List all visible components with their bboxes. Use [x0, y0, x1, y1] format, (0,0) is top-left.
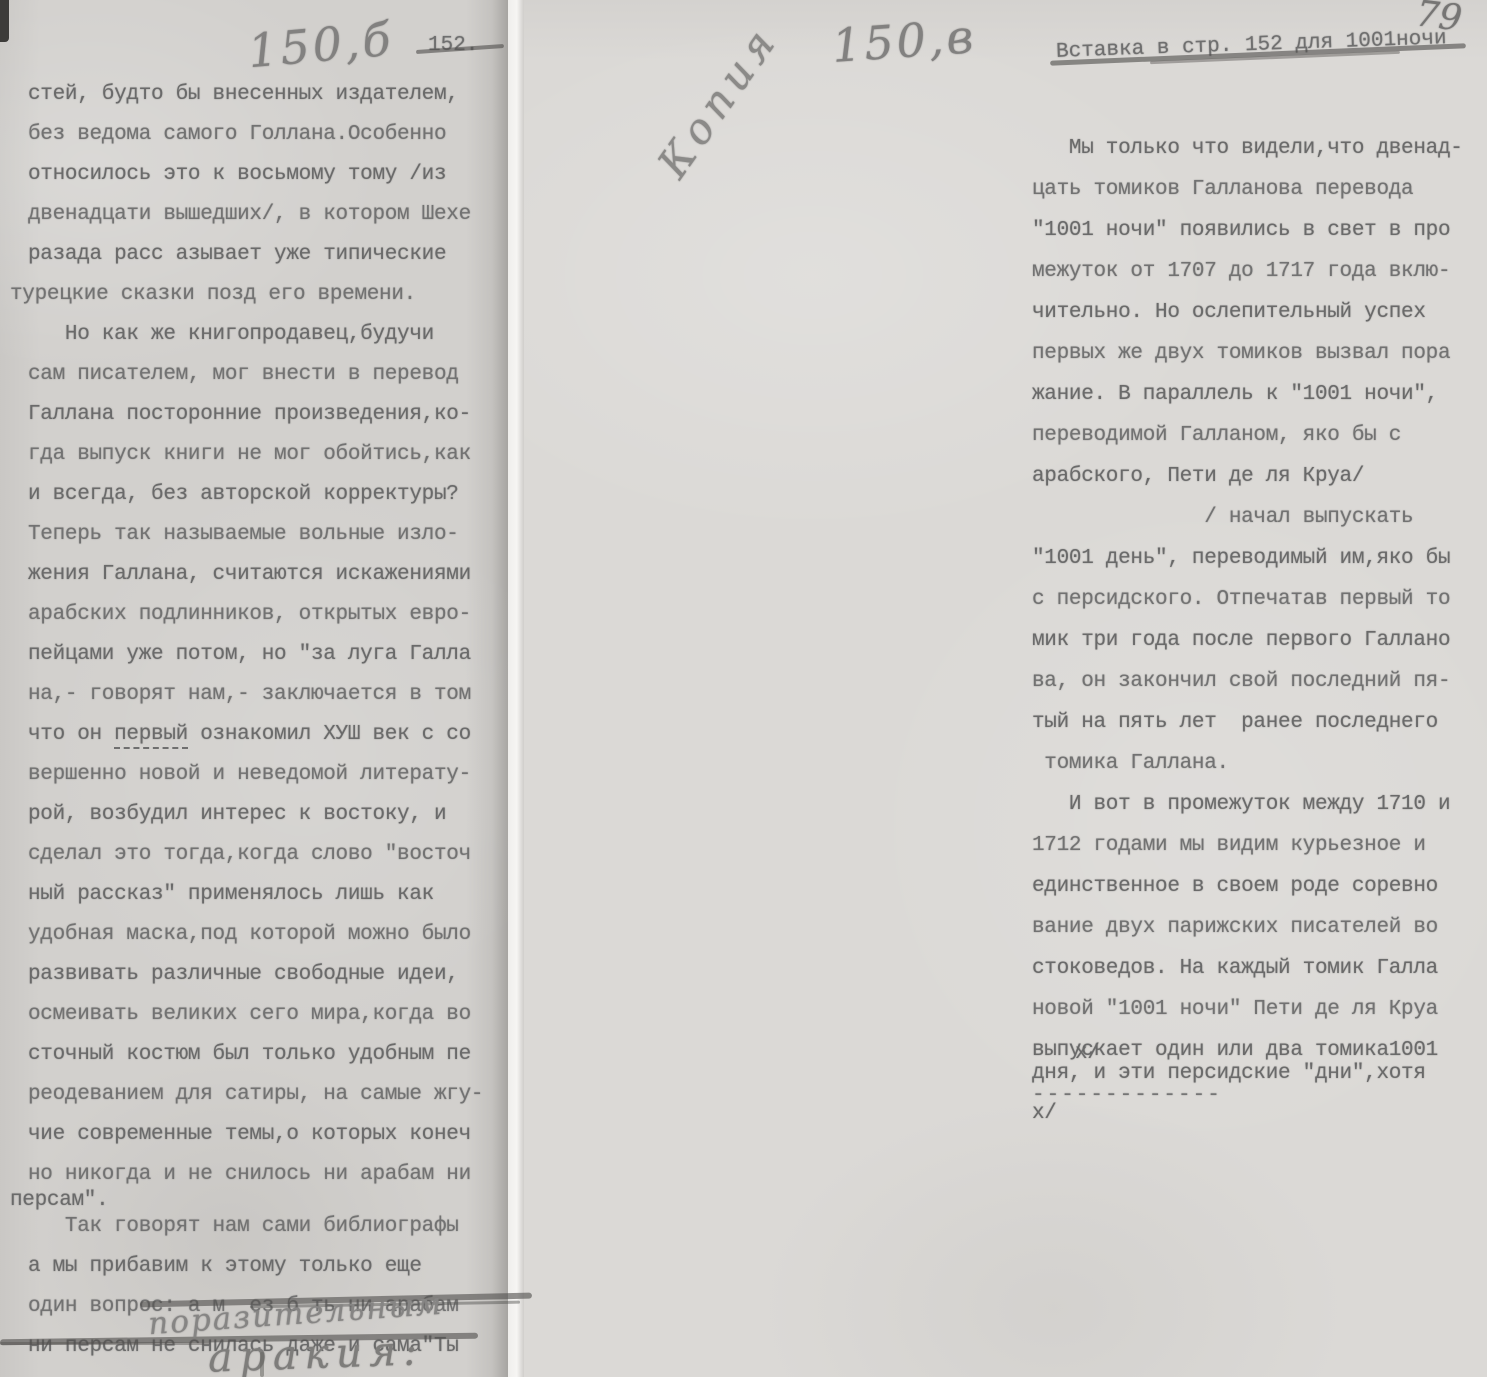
typed-line: турецкие сказки позд его времени. [10, 275, 498, 315]
handwritten-bottom-word: аракия: [207, 1326, 425, 1377]
typed-line: стей, будто бы внесенных издателем, [28, 75, 498, 115]
strikethrough-line [0, 1342, 210, 1345]
typed-line: вание двух парижских писателей во [1032, 907, 1472, 948]
typed-line-with-underline: что он первый ознакомил ХУШ век с со [28, 715, 498, 755]
typed-line: арабского, Пети де ля Круа/ [1032, 456, 1472, 497]
typed-text: что он [28, 723, 114, 746]
typed-line: на,- говорят нам,- заключается в том [28, 675, 498, 715]
underlined-word: первый [114, 723, 188, 749]
typed-line: сточный костюм был только удобным пе [28, 1035, 498, 1075]
typed-line: жание. В параллель к "1001 ночи", [1032, 374, 1472, 415]
scan-edge-mark [0, 0, 9, 42]
typed-line: с персидского. Отпечатав первый то [1032, 579, 1472, 620]
typed-line: а мы прибавим к этому только еще [28, 1247, 498, 1287]
typed-line: сам писателем, мог внести в перевод [28, 355, 498, 395]
typed-line: "1001 ночи" появились в свет в про [1032, 210, 1472, 251]
typed-line: Но как же книгопродавец,будучи [28, 315, 498, 355]
typed-line: мик три года после первого Галлано [1032, 620, 1472, 661]
typed-line: единственное в своем роде соревно [1032, 866, 1472, 907]
typed-line: и всегда, без авторской корректуры? [28, 475, 498, 515]
typed-line: межуток от 1707 до 1717 года вклю- [1032, 251, 1472, 292]
typed-line: Так говорят нам сами библиографы [28, 1207, 498, 1247]
typed-line: пейцами уже потом, но "за луга Галла [28, 635, 498, 675]
typed-line: рой, возбудил интерес к востоку, и [28, 795, 498, 835]
typed-line: жения Галлана, считаются искажениями [28, 555, 498, 595]
scanned-document: 150,б 152. Копия 150,в Вставка в стр. 15… [0, 0, 1487, 1377]
typed-line: гда выпуск книги не мог обойтись,как [28, 435, 498, 475]
typed-line: реодеванием для сатиры, на самые жгу- [28, 1075, 498, 1115]
page-divider [508, 0, 524, 1377]
typed-line: чие современные темы,о которых конеч [28, 1115, 498, 1155]
typed-line: сделал это тогда,когда слово "восточ [28, 835, 498, 875]
typed-line: удобная маска,под которой можно было [28, 915, 498, 955]
typed-line: Теперь так называемые вольные изло- [28, 515, 498, 555]
typed-line: вершенно новой и неведомой литерату- [28, 755, 498, 795]
typed-line: осмеивать великих сего мира,когда во [28, 995, 498, 1035]
typed-line: цать томиков Галланова перевода [1032, 169, 1472, 210]
right-page-text-column: Мы только что видели,что двенад- цать то… [1032, 128, 1472, 1071]
pencil-stroke-mark [260, 1352, 264, 1377]
typed-line: разада расс азывает уже типические [28, 235, 498, 275]
typed-line: чительно. Но ослепительный успех [1032, 292, 1472, 333]
handwritten-page-number: 79 [1414, 0, 1464, 40]
typed-line: дня, и эти персидские "дни",хотя [1032, 1062, 1426, 1086]
typed-line: томика Галлана. [1032, 743, 1472, 784]
typed-line: 1712 годами мы видим курьезное и [1032, 825, 1472, 866]
typed-line: первых же двух томиков вызвал пора [1032, 333, 1472, 374]
typed-line: Галлана посторонние произведения,ко- [28, 395, 498, 435]
handwritten-page-label-right: 150,в [830, 9, 978, 73]
typed-line: ва, он закончил свой последний пя- [1032, 661, 1472, 702]
typed-line: новой "1001 ночи" Пети де ля Круа [1032, 989, 1472, 1030]
typed-line: И вот в промежуток между 1710 и [1032, 784, 1472, 825]
typed-line: двенадцати вышедших/, в котором Шехе [28, 195, 498, 235]
typed-line: тый на пять лет ранее последнего [1032, 702, 1472, 743]
typed-text: ознакомил ХУШ век с со [188, 723, 471, 746]
footnote-separator: ------------- [1032, 1084, 1222, 1108]
typed-line: "1001 день", переводимый им,яко бы [1032, 538, 1472, 579]
typed-line: без ведома самого Голлана.Особенно [28, 115, 498, 155]
typed-line: Мы только что видели,что двенад- [1032, 128, 1472, 169]
typed-line: / начал выпускать [1032, 497, 1472, 538]
typed-line: арабских подлинников, открытых евро- [28, 595, 498, 635]
typed-line: относилось это к восьмому тому /из [28, 155, 498, 195]
left-page-text-column: стей, будто бы внесенных издателем, без … [28, 75, 498, 1367]
typed-line: стоковедов. На каждый томик Галла [1032, 948, 1472, 989]
typed-line: развивать различные свободные идеи, [28, 955, 498, 995]
typed-line: переводимой Галланом, яко бы с [1032, 415, 1472, 456]
typed-line: ный рассказ" применялось лишь как [28, 875, 498, 915]
footnote-marker-bottom: х/ [1032, 1102, 1057, 1126]
